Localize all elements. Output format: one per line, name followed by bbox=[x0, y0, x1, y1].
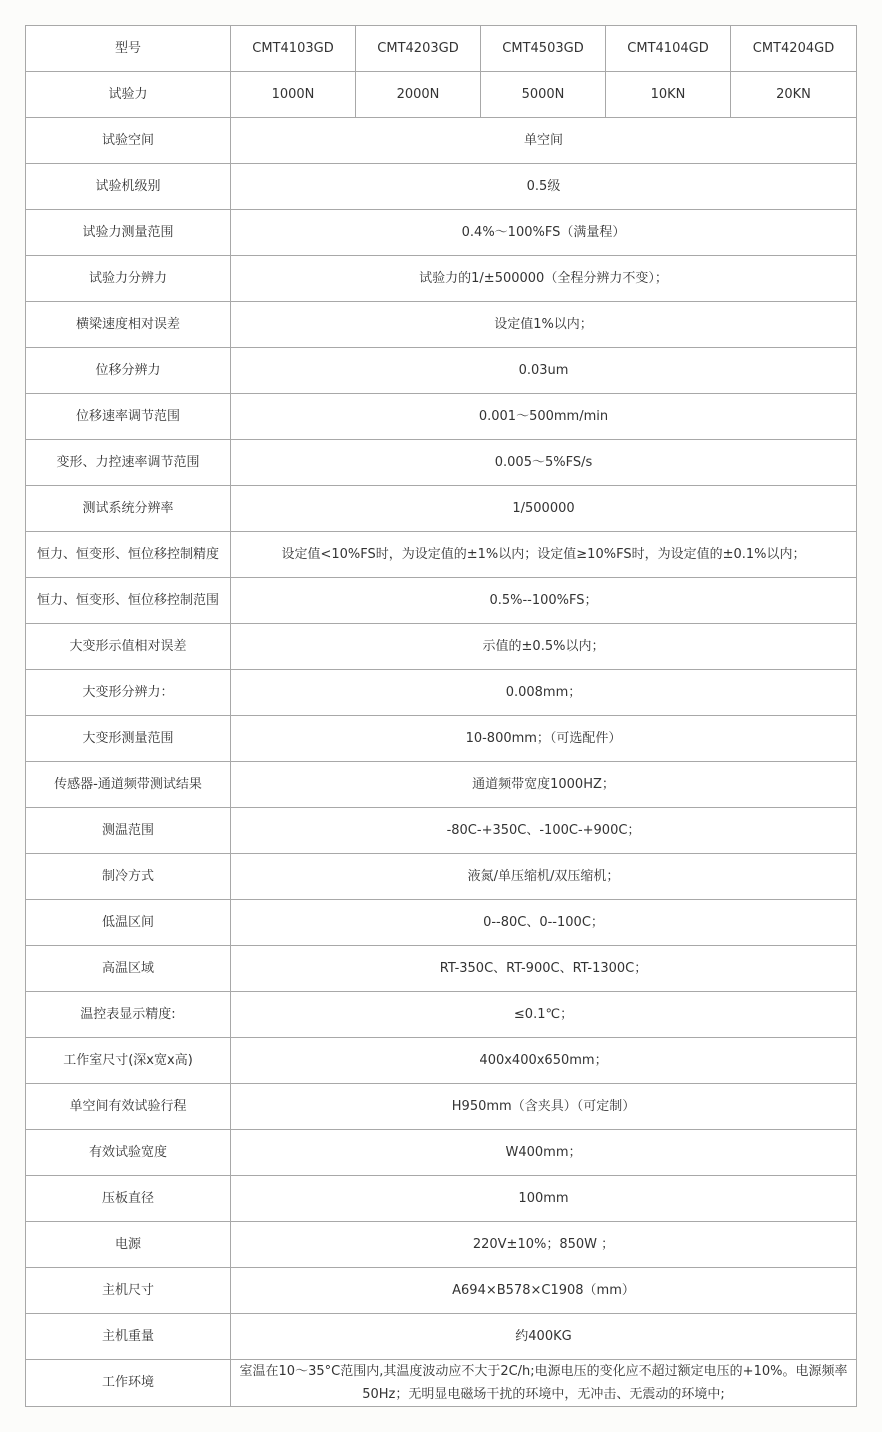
row-value: 设定值1%以内； bbox=[231, 302, 857, 348]
table-row: 高温区域RT-350C、RT-900C、RT-1300C； bbox=[26, 946, 857, 992]
row-label: 主机重量 bbox=[26, 1314, 231, 1360]
row-value: 0.005～5%FS/s bbox=[231, 440, 857, 486]
row-label: 测温范围 bbox=[26, 808, 231, 854]
row-value: 试验力的1/±500000（全程分辨力不变）； bbox=[231, 256, 857, 302]
model-cell: CMT4503GD bbox=[481, 26, 606, 72]
row-value: RT-350C、RT-900C、RT-1300C； bbox=[231, 946, 857, 992]
table-row: 大变形分辨力：0.008mm； bbox=[26, 670, 857, 716]
row-value: 单空间 bbox=[231, 118, 857, 164]
table-row: 压板直径100mm bbox=[26, 1176, 857, 1222]
row-label: 型号 bbox=[26, 26, 231, 72]
model-cell: CMT4103GD bbox=[231, 26, 356, 72]
table-row-work-environment: 工作环境室温在10～35°C范围内,其温度波动应不大于2C/h;电源电压的变化应… bbox=[26, 1360, 857, 1407]
row-label: 恒力、恒变形、恒位移控制范围 bbox=[26, 578, 231, 624]
row-value: 10-800mm；（可选配件） bbox=[231, 716, 857, 762]
row-value: 0.001～500mm/min bbox=[231, 394, 857, 440]
row-label: 低温区间 bbox=[26, 900, 231, 946]
row-value: A694×B578×C1908（mm） bbox=[231, 1268, 857, 1314]
force-cell: 2000N bbox=[356, 72, 481, 118]
row-value: W400mm； bbox=[231, 1130, 857, 1176]
table-row-test-force: 试验力 1000N 2000N 5000N 10KN 20KN bbox=[26, 72, 857, 118]
row-label: 试验机级别 bbox=[26, 164, 231, 210]
row-value: 液氮/单压缩机/双压缩机； bbox=[231, 854, 857, 900]
table-row: 试验力测量范围0.4%～100%FS（满量程） bbox=[26, 210, 857, 256]
row-value: 1/500000 bbox=[231, 486, 857, 532]
table-row: 制冷方式液氮/单压缩机/双压缩机； bbox=[26, 854, 857, 900]
table-row: 单空间有效试验行程H950mm（含夹具）（可定制） bbox=[26, 1084, 857, 1130]
table-row: 低温区间0--80C、0--100C； bbox=[26, 900, 857, 946]
model-cell: CMT4203GD bbox=[356, 26, 481, 72]
row-value: 示值的±0.5%以内； bbox=[231, 624, 857, 670]
row-label: 压板直径 bbox=[26, 1176, 231, 1222]
row-label: 大变形测量范围 bbox=[26, 716, 231, 762]
row-label: 恒力、恒变形、恒位移控制精度 bbox=[26, 532, 231, 578]
force-cell: 10KN bbox=[606, 72, 731, 118]
row-label: 主机尺寸 bbox=[26, 1268, 231, 1314]
table-row: 横梁速度相对误差设定值1%以内； bbox=[26, 302, 857, 348]
row-value: 室温在10～35°C范围内,其温度波动应不大于2C/h;电源电压的变化应不超过额… bbox=[231, 1360, 857, 1407]
row-label: 试验力 bbox=[26, 72, 231, 118]
row-label: 制冷方式 bbox=[26, 854, 231, 900]
model-cell: CMT4104GD bbox=[606, 26, 731, 72]
row-value: 220V±10%；850W ； bbox=[231, 1222, 857, 1268]
force-cell: 5000N bbox=[481, 72, 606, 118]
table-row: 位移速率调节范围0.001～500mm/min bbox=[26, 394, 857, 440]
row-value: 100mm bbox=[231, 1176, 857, 1222]
table-row: 测温范围-80C-+350C、-100C-+900C； bbox=[26, 808, 857, 854]
row-label: 工作室尺寸(深x宽x高) bbox=[26, 1038, 231, 1084]
table-row: 主机尺寸A694×B578×C1908（mm） bbox=[26, 1268, 857, 1314]
row-label: 横梁速度相对误差 bbox=[26, 302, 231, 348]
row-label: 试验空间 bbox=[26, 118, 231, 164]
force-cell: 1000N bbox=[231, 72, 356, 118]
spec-table-body: 型号 CMT4103GD CMT4203GD CMT4503GD CMT4104… bbox=[26, 26, 857, 1407]
row-value: 0.03um bbox=[231, 348, 857, 394]
row-label: 试验力分辨力 bbox=[26, 256, 231, 302]
model-cell: CMT4204GD bbox=[731, 26, 857, 72]
table-row: 工作室尺寸(深x宽x高)400x400x650mm； bbox=[26, 1038, 857, 1084]
row-label: 变形、力控速率调节范围 bbox=[26, 440, 231, 486]
row-label: 有效试验宽度 bbox=[26, 1130, 231, 1176]
table-row: 主机重量约400KG bbox=[26, 1314, 857, 1360]
row-value: 通道频带宽度1000HZ； bbox=[231, 762, 857, 808]
row-label: 单空间有效试验行程 bbox=[26, 1084, 231, 1130]
table-row: 大变形示值相对误差示值的±0.5%以内； bbox=[26, 624, 857, 670]
table-row: 温控表显示精度:≤0.1℃； bbox=[26, 992, 857, 1038]
table-row: 恒力、恒变形、恒位移控制精度设定值<10%FS时，为设定值的±1%以内；设定值≥… bbox=[26, 532, 857, 578]
table-row: 电源220V±10%；850W ； bbox=[26, 1222, 857, 1268]
row-value: 0--80C、0--100C； bbox=[231, 900, 857, 946]
row-value: 0.008mm； bbox=[231, 670, 857, 716]
row-value: H950mm（含夹具）（可定制） bbox=[231, 1084, 857, 1130]
table-row: 试验力分辨力试验力的1/±500000（全程分辨力不变）； bbox=[26, 256, 857, 302]
row-value: -80C-+350C、-100C-+900C； bbox=[231, 808, 857, 854]
row-label: 高温区域 bbox=[26, 946, 231, 992]
row-value: 0.5%--100%FS； bbox=[231, 578, 857, 624]
row-value: ≤0.1℃； bbox=[231, 992, 857, 1038]
table-row: 位移分辨力0.03um bbox=[26, 348, 857, 394]
row-label: 大变形示值相对误差 bbox=[26, 624, 231, 670]
row-label: 试验力测量范围 bbox=[26, 210, 231, 256]
table-row: 试验机级别0.5级 bbox=[26, 164, 857, 210]
spec-table: 型号 CMT4103GD CMT4203GD CMT4503GD CMT4104… bbox=[25, 25, 857, 1407]
row-value: 设定值<10%FS时，为设定值的±1%以内；设定值≥10%FS时，为设定值的±0… bbox=[231, 532, 857, 578]
table-row: 传感器-通道频带测试结果通道频带宽度1000HZ； bbox=[26, 762, 857, 808]
row-label: 工作环境 bbox=[26, 1360, 231, 1407]
row-value: 约400KG bbox=[231, 1314, 857, 1360]
table-row: 有效试验宽度W400mm； bbox=[26, 1130, 857, 1176]
row-label: 测试系统分辨率 bbox=[26, 486, 231, 532]
force-cell: 20KN bbox=[731, 72, 857, 118]
table-row: 测试系统分辨率1/500000 bbox=[26, 486, 857, 532]
row-label: 大变形分辨力： bbox=[26, 670, 231, 716]
table-row: 恒力、恒变形、恒位移控制范围0.5%--100%FS； bbox=[26, 578, 857, 624]
table-row: 试验空间单空间 bbox=[26, 118, 857, 164]
row-label: 传感器-通道频带测试结果 bbox=[26, 762, 231, 808]
row-value: 0.5级 bbox=[231, 164, 857, 210]
table-row: 变形、力控速率调节范围0.005～5%FS/s bbox=[26, 440, 857, 486]
row-value: 0.4%～100%FS（满量程） bbox=[231, 210, 857, 256]
row-label: 电源 bbox=[26, 1222, 231, 1268]
row-label: 温控表显示精度: bbox=[26, 992, 231, 1038]
table-row: 大变形测量范围10-800mm；（可选配件） bbox=[26, 716, 857, 762]
table-row-model: 型号 CMT4103GD CMT4203GD CMT4503GD CMT4104… bbox=[26, 26, 857, 72]
row-label: 位移速率调节范围 bbox=[26, 394, 231, 440]
row-label: 位移分辨力 bbox=[26, 348, 231, 394]
row-value: 400x400x650mm； bbox=[231, 1038, 857, 1084]
